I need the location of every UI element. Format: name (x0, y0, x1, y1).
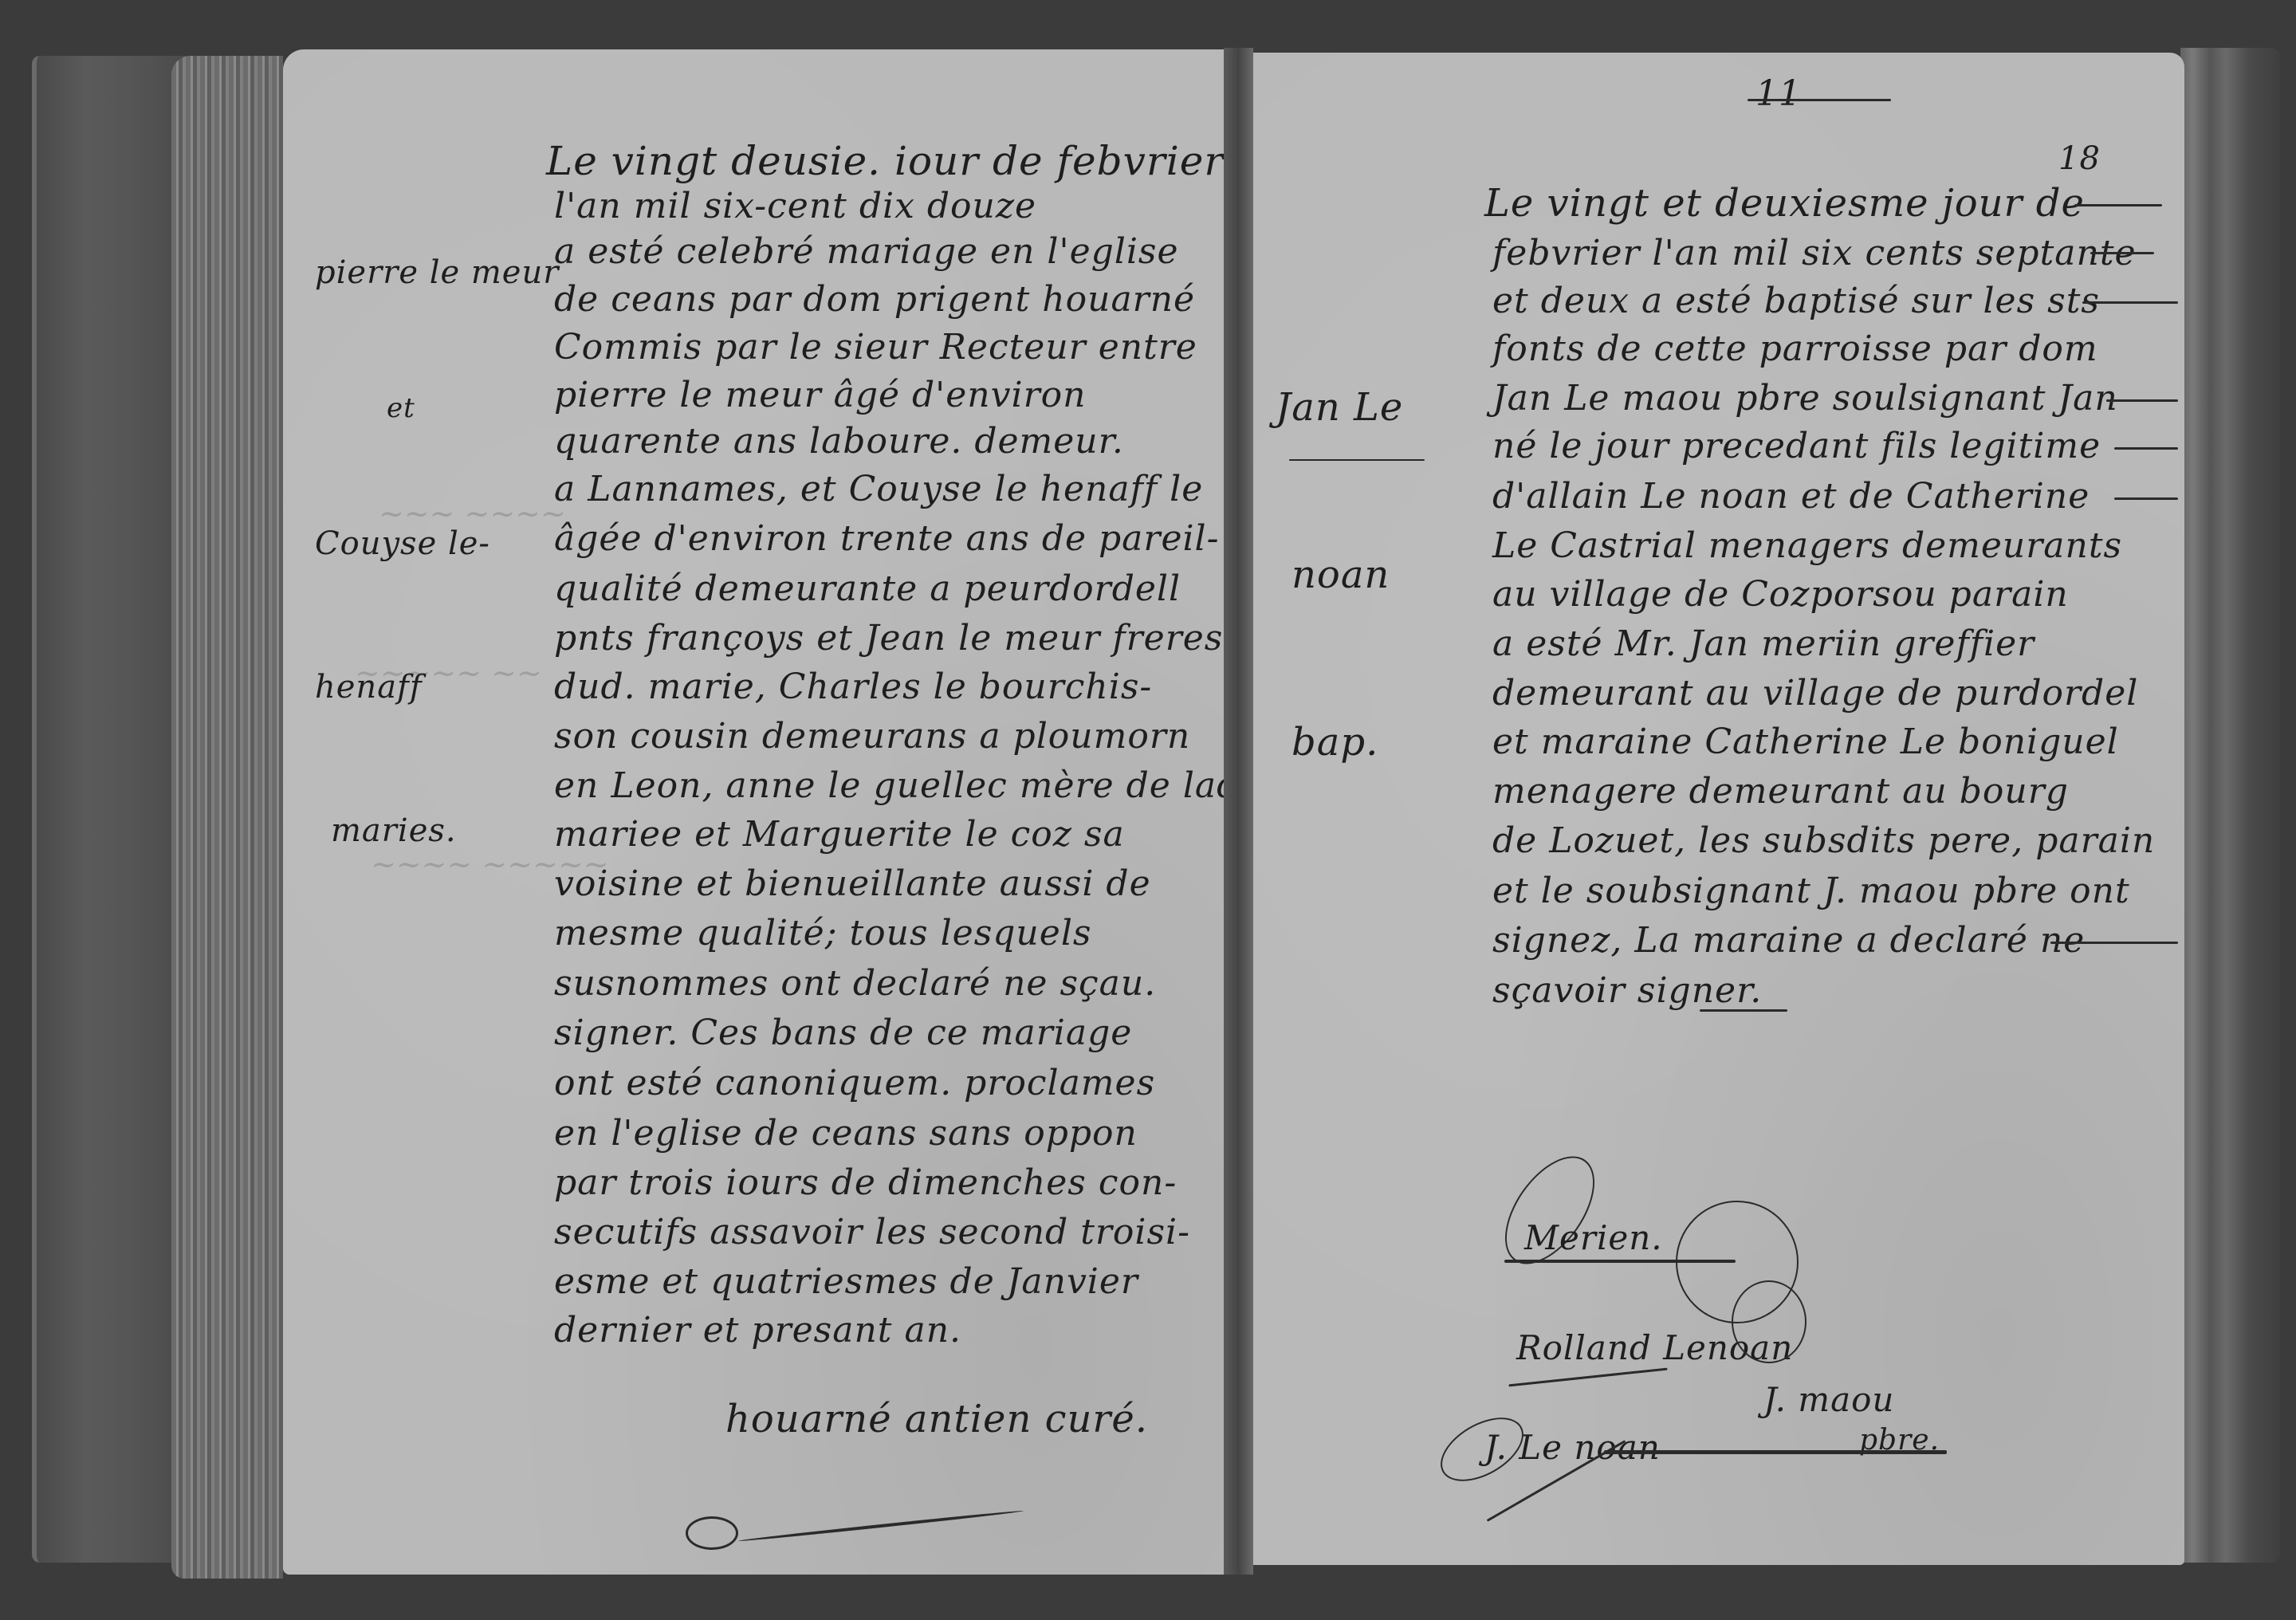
signature-flourish (1487, 1141, 1612, 1280)
page-edges-left (171, 56, 283, 1579)
entry-line: mesme qualité; tous lesquels (554, 916, 1091, 951)
entry-line: âgée d'environ trente ans de pareil- (554, 521, 1220, 556)
entry-line: pnts françoys et Jean le meur freres (554, 621, 1223, 656)
line-filler (2114, 497, 2178, 500)
line-filler (2050, 942, 2178, 944)
line-filler (2106, 399, 2178, 402)
entry-line: signez, La maraine a declaré ne (1492, 923, 2085, 958)
line-filler (2090, 252, 2154, 254)
entry-line: a Lannames, et Couyse le henaff le (554, 472, 1203, 507)
page-number: 11 (1755, 73, 1802, 114)
entry-line: ont esté canoniquem. proclames (554, 1066, 1155, 1101)
signature-merien: Merien. (1524, 1218, 1663, 1257)
margin-rule (1289, 459, 1425, 461)
signature-underline (1508, 1368, 1667, 1387)
document-viewer: ~~~ ~~~~ ~~~~~ ~~ ~~~~ ~~~~~ pierre le m… (0, 0, 2296, 1620)
entry-line: au village de Cozporsou parain (1492, 577, 2069, 612)
left-page: ~~~ ~~~~ ~~~~~ ~~ ~~~~ ~~~~~ pierre le m… (283, 49, 1224, 1575)
margin-line: noan (1276, 547, 1403, 603)
priest-signature: houarné antien curé. (725, 1397, 1148, 1441)
entry-line: d'allain Le noan et de Catherine (1492, 479, 2090, 514)
entry-line: sçavoir signer. (1492, 973, 1762, 1009)
margin-line: Couyse le- (315, 520, 559, 568)
entry-line: de ceans par dom prigent houarné (554, 282, 1195, 317)
entry-line: né le jour precedant fils legitime (1492, 429, 2101, 464)
entry-line: Le Castrial menagers demeurants (1492, 529, 2122, 564)
marriage-margin-note: pierre le meur et Couyse le- henaff mari… (315, 153, 559, 950)
line-filler (2074, 204, 2162, 206)
entry-line: et maraine Catherine Le boniguel (1492, 725, 2119, 760)
entry-number: 18 (2058, 140, 2101, 177)
entry-line: menagere demeurant au bourg (1492, 774, 2069, 809)
entry-line: de Lozuet, les subsdits pere, parain (1492, 824, 2155, 859)
entry-line: dud. marie, Charles le bourchis- (554, 670, 1152, 705)
entry-line: a esté Mr. Jan meriin greffier (1492, 627, 2035, 662)
line-filler (2114, 447, 2178, 450)
line-filler (1700, 1009, 1787, 1012)
signature-flourish (686, 1516, 738, 1550)
book-gutter (1224, 48, 1253, 1575)
entry-line: esme et quatriesmes de Janvier (554, 1264, 1138, 1300)
entry-line: par trois iours de dimenches con- (554, 1166, 1177, 1201)
baptism-margin-note: Jan Le noan bap. (1276, 268, 1403, 882)
entry-line: Le vingt deusie. iour de febvrier (546, 141, 1224, 181)
entry-line: qualité demeurante a peurdordell (554, 572, 1181, 607)
entry-line: l'an mil six-cent dix douze (554, 189, 1036, 224)
entry-line: fonts de cette parroisse par dom (1492, 332, 2098, 367)
entry-line: et le soubsignant J. maou pbre ont (1492, 874, 2130, 909)
entry-line: et deux a esté baptisé sur les sts (1492, 284, 2100, 319)
signature-flourish (1732, 1280, 1807, 1363)
entry-line: mariee et Marguerite le coz sa (554, 817, 1125, 852)
entry-line: Le vingt et deuxiesme jour de (1484, 184, 2085, 222)
signature-j-maou: J. maou (1763, 1380, 1894, 1419)
page-number-underline (1748, 99, 1891, 101)
entry-line: signer. Ces bans de ce mariage (554, 1016, 1132, 1051)
right-page: 11 18 Jan Le noan bap. Le vingt et deuxi… (1253, 53, 2184, 1565)
entry-line: susnommes ont declaré ne sçau. (554, 966, 1156, 1001)
entry-line: Commis par le sieur Recteur entre (554, 330, 1197, 365)
entry-line: pierre le meur âgé d'environ (554, 378, 1086, 413)
margin-line: et (315, 392, 559, 424)
entry-line: son cousin demeurans a ploumorn (554, 719, 1190, 754)
margin-line: bap. (1276, 714, 1403, 770)
entry-line: Jan Le maou pbre soulsignant Jan (1492, 381, 2118, 416)
entry-line: en l'eglise de ceans sans oppon (554, 1116, 1138, 1151)
entry-line: en Leon, anne le guellec mère de lad. (554, 769, 1224, 804)
signature-flourish (738, 1509, 1024, 1543)
entry-line: quarente ans laboure. demeur. (554, 424, 1124, 459)
margin-line: henaff (315, 663, 559, 711)
entry-line: a esté celebré mariage en l'eglise (554, 234, 1179, 269)
book-cover-right (2180, 48, 2280, 1563)
entry-line: dernier et presant an. (554, 1313, 961, 1348)
signature-underline (1604, 1450, 1947, 1454)
signature-flourish (1430, 1405, 1535, 1494)
margin-line: pierre le meur (315, 249, 559, 297)
entry-line: secutifs assavoir les second troisi- (554, 1215, 1190, 1250)
entry-line: demeurant au village de purdordel (1492, 676, 2138, 711)
margin-line: maries. (315, 807, 559, 855)
line-filler (2082, 301, 2178, 304)
entry-line: febvrier l'an mil six cents septante (1492, 236, 2137, 271)
margin-line: Jan Le (1276, 379, 1403, 435)
entry-line: voisine et bienueillante aussi de (554, 867, 1151, 902)
